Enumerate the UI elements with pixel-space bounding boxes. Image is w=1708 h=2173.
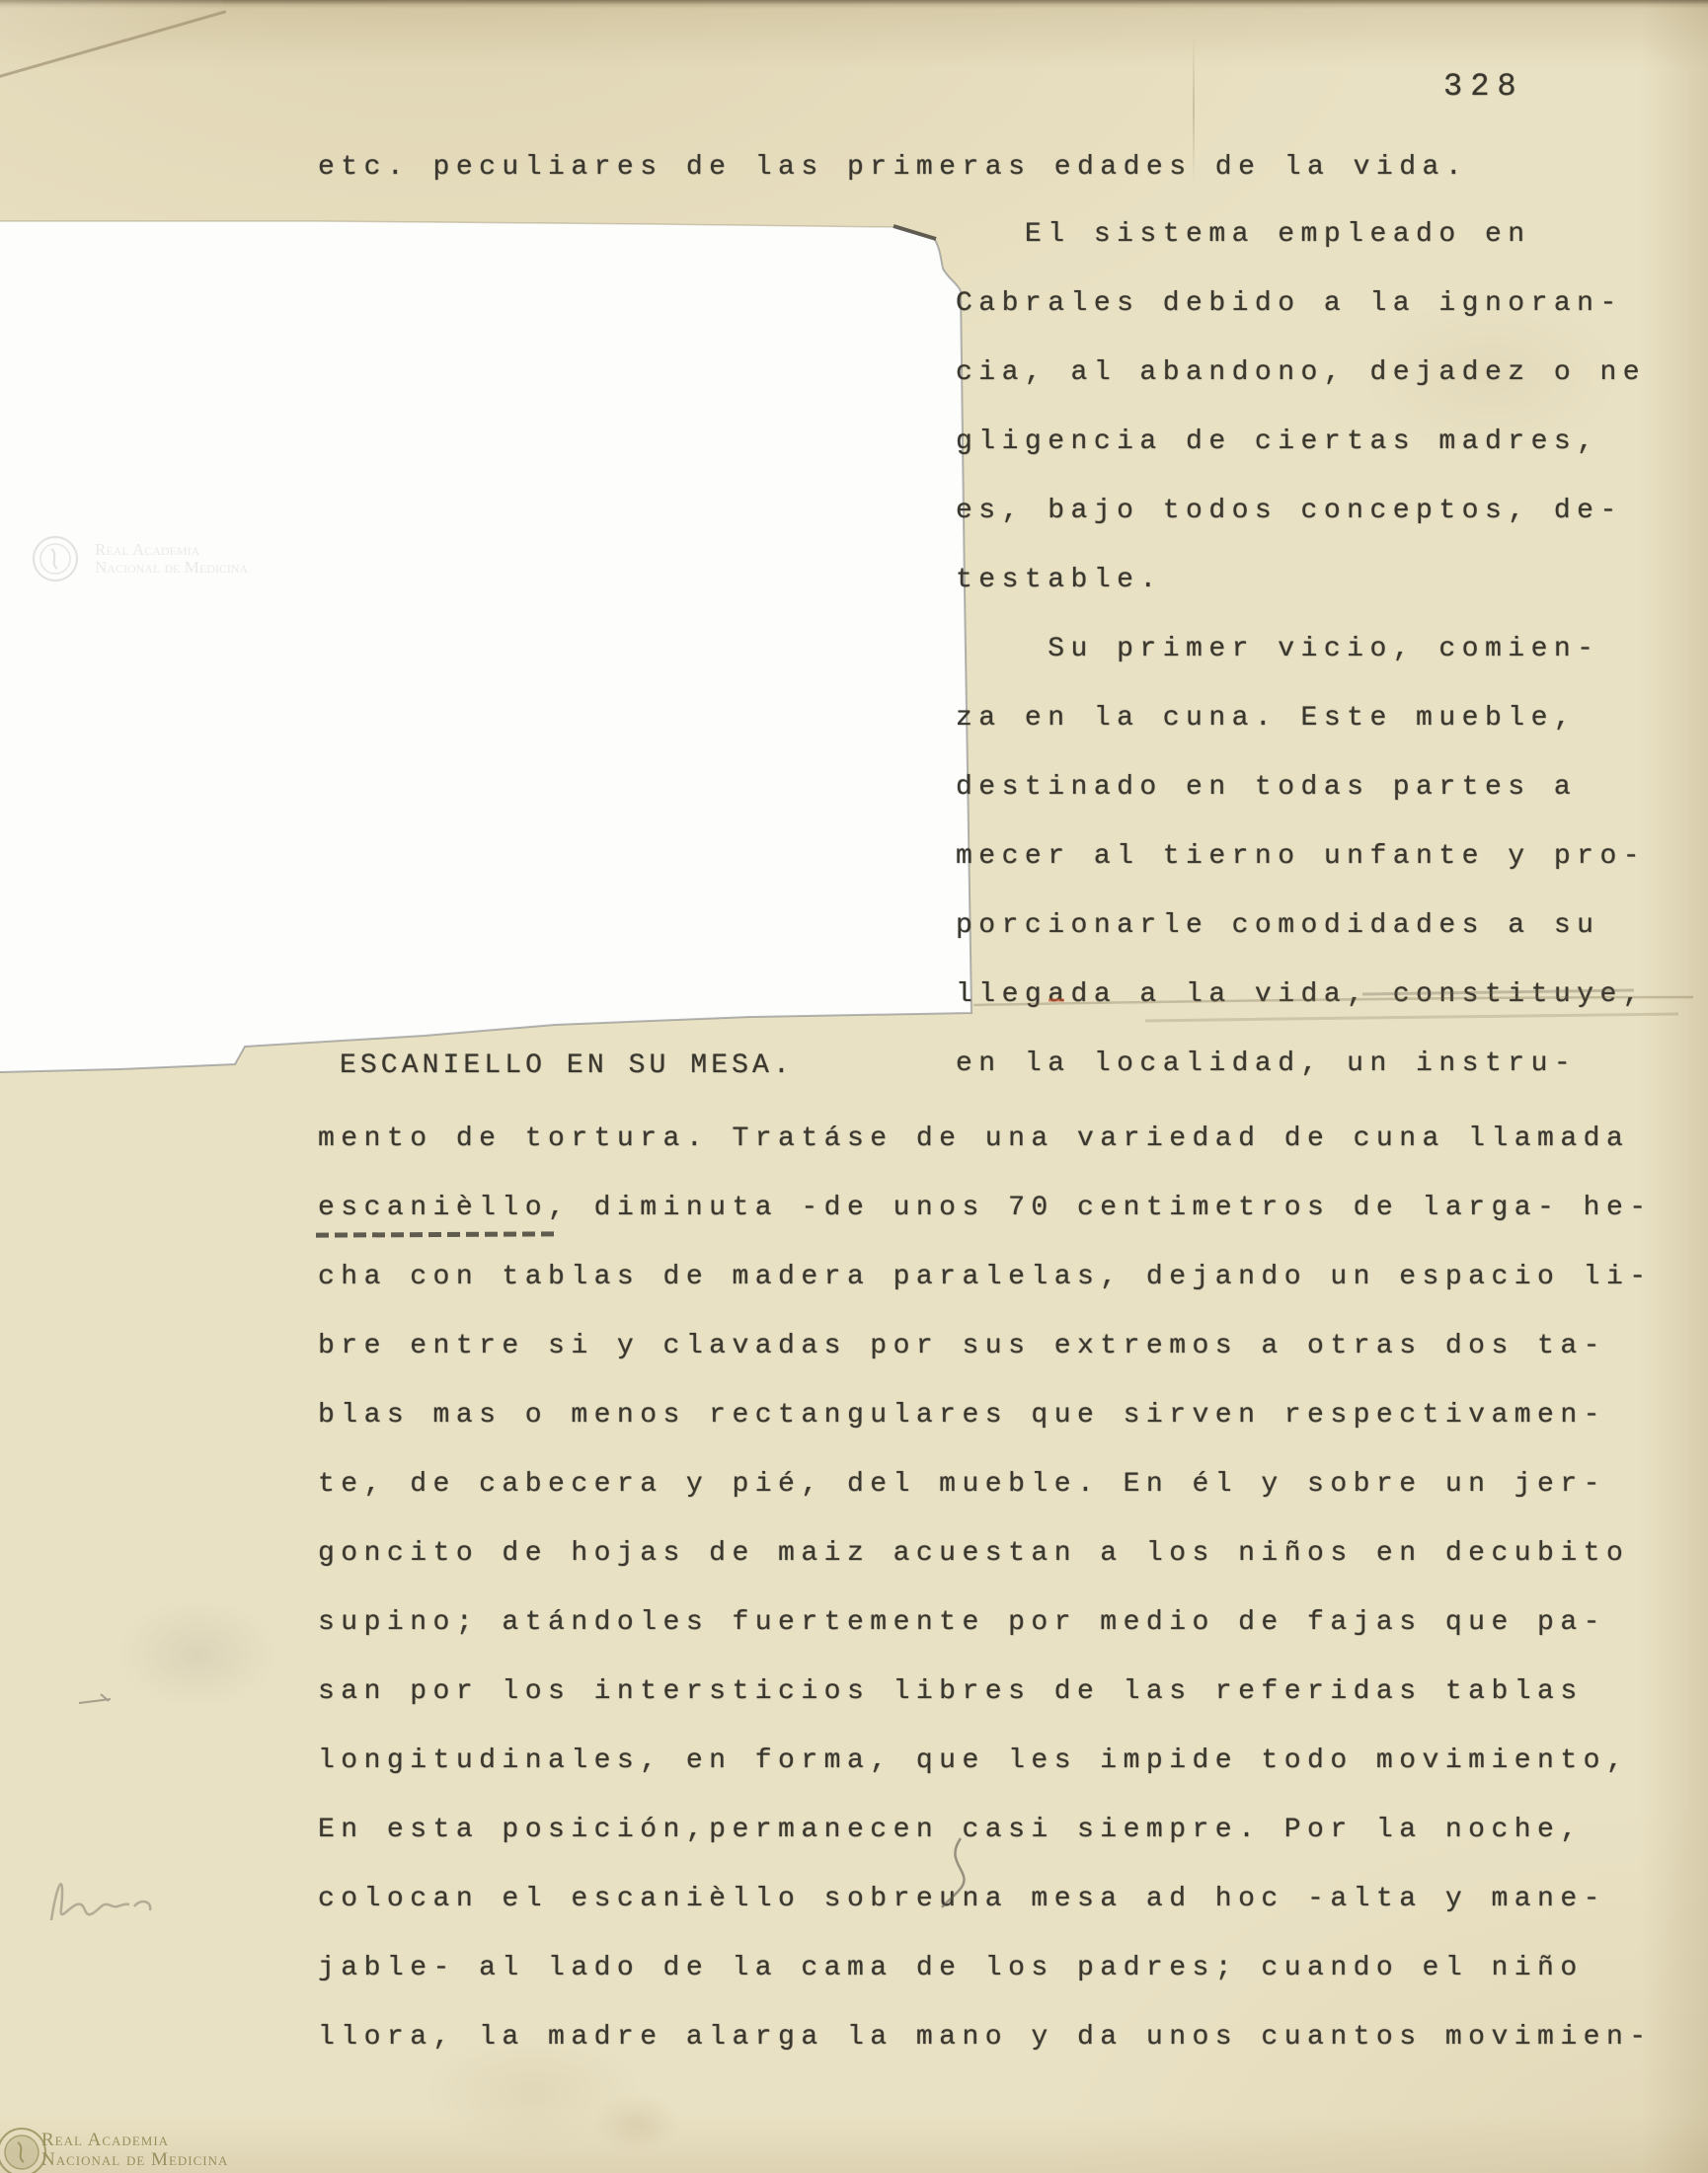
typed-dashed-underline <box>316 1231 555 1237</box>
typed-line: mento de tortura. Tratáse de una varieda… <box>318 1125 1629 1153</box>
typed-line: etc. peculiares de las primeras edades d… <box>318 154 1468 182</box>
manuscript-page: 328 etc. peculiares de las primeras edad… <box>0 0 1708 2173</box>
typed-line: gligencia de ciertas madres, <box>956 428 1599 456</box>
typed-line: cia, al abandono, dejadez o ne <box>956 359 1646 387</box>
typed-line: blas mas o menos rectangulares que sirve… <box>318 1402 1606 1430</box>
watermark-seal-icon <box>34 537 77 581</box>
paper-stain <box>118 1599 276 1708</box>
typed-line: za en la cuna. Este mueble, <box>956 705 1577 733</box>
typed-line: El sistema empleado en <box>956 221 1531 249</box>
watermark-seal-icon <box>0 2129 45 2173</box>
typed-line: colocan el escanièllo sobreuna mesa ad h… <box>318 1886 1606 1913</box>
watermark-text-faint: Real Academia Nacional de Medicina <box>95 541 248 577</box>
typed-line: En esta posición,permanecen casi siempre… <box>318 1817 1584 1844</box>
watermark-line: Real Academia <box>95 541 248 559</box>
watermark-line: Nacional de Medicina <box>41 2150 228 2170</box>
typed-line: escanièllo, diminuta -de unos 70 centime… <box>318 1195 1653 1222</box>
typed-line: te, de cabecera y pié, del mueble. En él… <box>318 1471 1606 1499</box>
pencil-mark <box>79 1694 111 1703</box>
typed-line: Su primer vicio, comien- <box>956 636 1599 663</box>
typed-line: llegada a la vida, constituye, <box>956 981 1646 1009</box>
typed-line: es, bajo todos conceptos, de- <box>956 498 1623 525</box>
typed-line: san por los intersticios libres de las r… <box>318 1678 1584 1706</box>
line-remainder: , diminuta -de unos 70 centimetros de la… <box>548 1193 1653 1223</box>
typed-line: goncito de hojas de maiz acuestan a los … <box>318 1540 1629 1568</box>
typed-line: en la localidad, un instru- <box>956 1050 1577 1078</box>
paper-corner-fold <box>0 0 226 84</box>
typed-line: Cabrales debido a la ignoran- <box>956 290 1623 318</box>
photo-caption: ESCANIELLO EN SU MESA. <box>340 1052 794 1080</box>
typed-line: destinado en todas partes a <box>956 774 1577 802</box>
typed-line: supino; atándoles fuertemente por medio … <box>318 1609 1606 1637</box>
paper-top-crease <box>0 0 1708 9</box>
typed-line: testable. <box>956 567 1163 594</box>
typed-line: bre entre si y clavadas por sus extremos… <box>318 1333 1606 1360</box>
photo-cutout-shape <box>0 221 971 1072</box>
page-number: 328 <box>1443 71 1524 103</box>
typed-line: llora, la madre alarga la mano y da unos… <box>318 2024 1653 2052</box>
watermark-text: Real Academia Nacional de Medicina <box>41 2131 228 2170</box>
typed-line: jable- al lado de la cama de los padres;… <box>318 1955 1584 1982</box>
paper-stain <box>592 2093 681 2152</box>
typed-line: cha con tablas de madera paralelas, deja… <box>318 1264 1653 1291</box>
cutout-shadow-edge <box>0 240 971 1072</box>
typed-line: mecer al tierno unfante y pro- <box>956 843 1646 871</box>
cutout-top-edge <box>0 221 893 227</box>
typed-line: porcionarle comodidades a su <box>956 912 1599 940</box>
sheet-edge-line <box>1145 1014 1678 1021</box>
typed-line: longitudinales, en forma, que les impide… <box>318 1747 1629 1775</box>
watermark-line: Nacional de Medicina <box>95 559 248 577</box>
watermark-line: Real Academia <box>41 2131 228 2150</box>
underlined-word: escanièllo <box>318 1193 548 1223</box>
cutout-corner-notch <box>893 226 936 239</box>
pencil-handwriting <box>51 1884 150 1920</box>
